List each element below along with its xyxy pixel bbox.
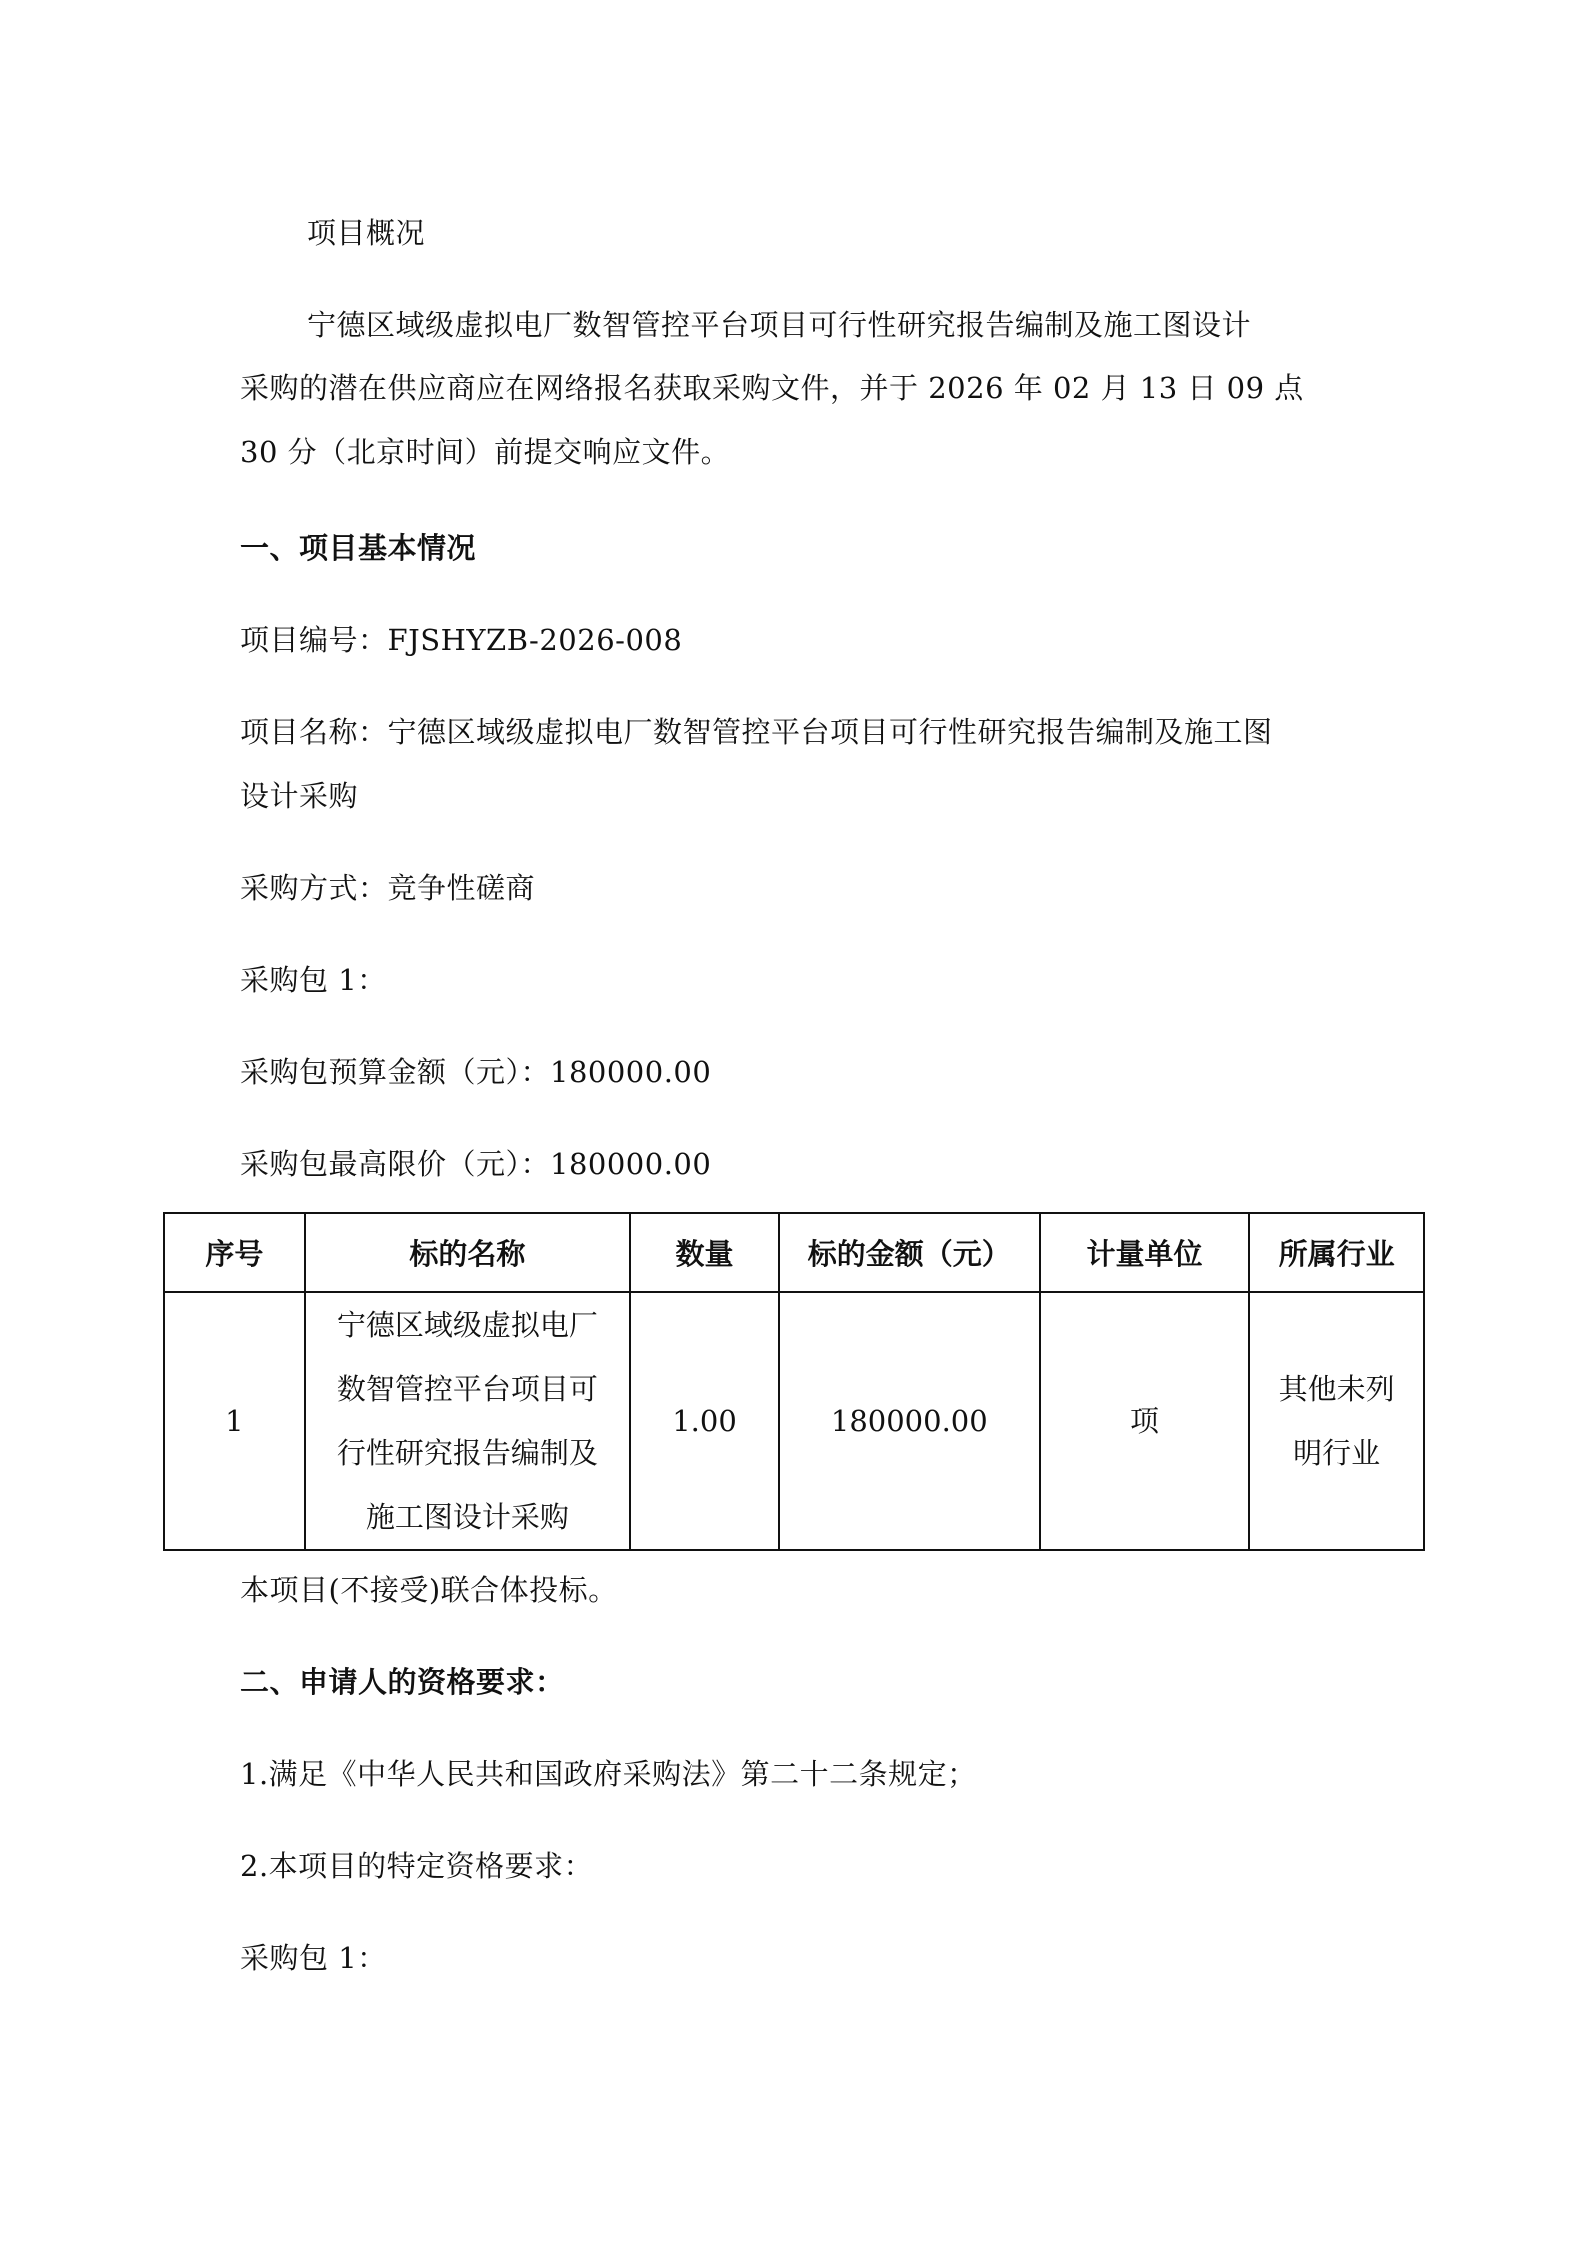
project-name-line-1: 项目名称：宁德区域级虚拟电厂数智管控平台项目可行性研究报告编制及施工图 xyxy=(240,712,1273,752)
header-unit: 计量单位 xyxy=(1040,1213,1250,1292)
cell-amount: 180000.00 xyxy=(779,1292,1040,1550)
header-industry: 所属行业 xyxy=(1249,1213,1424,1292)
project-name-line-2: 设计采购 xyxy=(240,776,358,816)
qualification-item-1: 1.满足《中华人民共和国政府采购法》第二十二条规定； xyxy=(240,1754,977,1794)
items-table: 序号 标的名称 数量 标的金额（元） 计量单位 所属行业 1 宁德区域级虚拟电厂… xyxy=(163,1212,1425,1551)
header-amount: 标的金额（元） xyxy=(779,1213,1040,1292)
consortium-note: 本项目(不接受)联合体投标。 xyxy=(240,1570,618,1610)
overview-paragraph-line-2: 采购的潜在供应商应在网络报名获取采购文件，并于 2026 年 02 月 13 日… xyxy=(240,368,1304,408)
header-quantity: 数量 xyxy=(630,1213,779,1292)
section2-heading: 二、申请人的资格要求： xyxy=(240,1662,565,1702)
overview-title: 项目概况 xyxy=(307,213,425,253)
cell-name-line: 数智管控平台项目可 xyxy=(314,1357,621,1421)
cell-name-line: 宁德区域级虚拟电厂 xyxy=(314,1293,621,1357)
package-budget: 采购包预算金额（元）：180000.00 xyxy=(240,1052,711,1092)
section2-package-label: 采购包 1： xyxy=(240,1938,387,1978)
cell-industry: 其他未列 明行业 xyxy=(1249,1292,1424,1550)
overview-paragraph-line-3: 30 分（北京时间）前提交响应文件。 xyxy=(240,432,730,472)
procurement-method: 采购方式：竞争性磋商 xyxy=(240,868,535,908)
header-index: 序号 xyxy=(164,1213,305,1292)
cell-name-line: 行性研究报告编制及 xyxy=(314,1421,621,1485)
cell-unit: 项 xyxy=(1040,1292,1250,1550)
section1-heading: 一、项目基本情况 xyxy=(240,528,476,568)
header-name: 标的名称 xyxy=(305,1213,630,1292)
cell-industry-line: 其他未列 xyxy=(1258,1357,1415,1421)
overview-paragraph-line-1: 宁德区域级虚拟电厂数智管控平台项目可行性研究报告编制及施工图设计 xyxy=(307,305,1251,345)
table-header-row: 序号 标的名称 数量 标的金额（元） 计量单位 所属行业 xyxy=(164,1213,1424,1292)
table-row: 1 宁德区域级虚拟电厂 数智管控平台项目可 行性研究报告编制及 施工图设计采购 … xyxy=(164,1292,1424,1550)
project-number: 项目编号：FJSHYZB-2026-008 xyxy=(240,620,682,660)
cell-name-line: 施工图设计采购 xyxy=(314,1485,621,1549)
cell-industry-line: 明行业 xyxy=(1258,1421,1415,1485)
package-label: 采购包 1： xyxy=(240,960,387,1000)
cell-index: 1 xyxy=(164,1292,305,1550)
qualification-item-2: 2.本项目的特定资格要求： xyxy=(240,1846,593,1886)
package-max-price: 采购包最高限价（元）：180000.00 xyxy=(240,1144,711,1184)
cell-name: 宁德区域级虚拟电厂 数智管控平台项目可 行性研究报告编制及 施工图设计采购 xyxy=(305,1292,630,1550)
cell-quantity: 1.00 xyxy=(630,1292,779,1550)
